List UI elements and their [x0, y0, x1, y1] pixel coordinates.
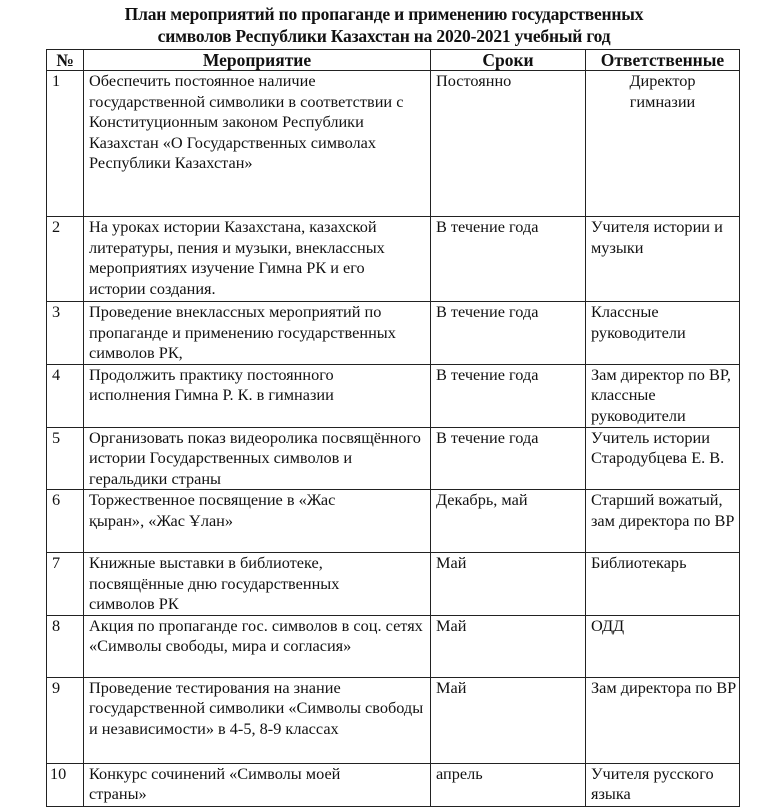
row-event: Обеспечить постоянное наличие государств…	[84, 71, 431, 217]
table-row: 3 Проведение внеклассных мероприятий по …	[47, 302, 740, 365]
row-term: В течение года	[431, 217, 586, 302]
row-responsible: Учителя русского языка	[586, 763, 740, 806]
table-row: 8 Акция по пропаганде гос. символов в со…	[47, 615, 740, 677]
row-event: Акция по пропаганде гос. символов в соц.…	[84, 615, 431, 677]
row-term: Май	[431, 553, 586, 616]
row-responsible: Классные руководители	[586, 302, 740, 365]
table-row: 4 Продолжить практику постоянного исполн…	[47, 364, 740, 427]
row-term: Май	[431, 615, 586, 677]
title-line-1: План мероприятий по пропаганде и примене…	[0, 3, 768, 25]
row-number: 8	[47, 615, 84, 677]
header-term: Сроки	[431, 50, 586, 71]
table-row: 7 Книжные выставки в библиотеке, посвящё…	[47, 553, 740, 616]
table-row: 6 Торжественное посвящение в «Жас қыран»…	[47, 490, 740, 553]
row-event: Продолжить практику постоянного исполнен…	[84, 364, 431, 427]
row-term: В течение года	[431, 364, 586, 427]
row-term: Май	[431, 677, 586, 763]
row-event: Проведение внеклассных мероприятий по пр…	[84, 302, 431, 365]
header-number: №	[47, 50, 84, 71]
row-responsible: Зам директора по ВР	[586, 677, 740, 763]
row-event: Организовать показ видеоролика посвящённ…	[84, 427, 431, 490]
row-number: 2	[47, 217, 84, 302]
row-term: апрель	[431, 763, 586, 806]
row-responsible: Учитель истории Стародубцева Е. В.	[586, 427, 740, 490]
row-number: 6	[47, 490, 84, 553]
table-row: 2 На уроках истории Казахстана, казахско…	[47, 217, 740, 302]
row-responsible: Старший вожатый, зам директора по ВР	[586, 490, 740, 553]
row-responsible: ОДД	[586, 615, 740, 677]
document-title: План мероприятий по пропаганде и примене…	[0, 3, 768, 47]
row-term: В течение года	[431, 427, 586, 490]
events-plan-table: № Мероприятие Сроки Ответственные 1 Обес…	[46, 49, 740, 807]
row-event: Торжественное посвящение в «Жас қыран», …	[84, 490, 431, 553]
header-responsible: Ответственные	[586, 50, 740, 71]
row-term: Постоянно	[431, 71, 586, 217]
table-header-row: № Мероприятие Сроки Ответственные	[47, 50, 740, 71]
header-event: Мероприятие	[84, 50, 431, 71]
row-responsible: Директор гимназии	[586, 71, 740, 217]
row-number: 1	[47, 71, 84, 217]
row-number: 4	[47, 364, 84, 427]
table-row: 5 Организовать показ видеоролика посвящё…	[47, 427, 740, 490]
row-term: В течение года	[431, 302, 586, 365]
row-event: Книжные выставки в библиотеке, посвящённ…	[84, 553, 431, 616]
table-row: 1 Обеспечить постоянное наличие государс…	[47, 71, 740, 217]
row-number: 10	[47, 763, 84, 806]
row-number: 5	[47, 427, 84, 490]
row-event: На уроках истории Казахстана, казахской …	[84, 217, 431, 302]
row-event: Проведение тестирования на знание госуда…	[84, 677, 431, 763]
table-row: 10 Конкурс сочинений «Символы моей стран…	[47, 763, 740, 806]
row-number: 9	[47, 677, 84, 763]
title-line-2: символов Республики Казахстан на 2020-20…	[0, 25, 768, 47]
row-number: 7	[47, 553, 84, 616]
row-event: Конкурс сочинений «Символы моей страны»	[84, 763, 431, 806]
row-responsible: Зам директор по ВР, классные руководител…	[586, 364, 740, 427]
table-row: 9 Проведение тестирования на знание госу…	[47, 677, 740, 763]
row-number: 3	[47, 302, 84, 365]
row-responsible: Библиотекарь	[586, 553, 740, 616]
row-responsible: Учителя истории и музыки	[586, 217, 740, 302]
row-term: Декабрь, май	[431, 490, 586, 553]
